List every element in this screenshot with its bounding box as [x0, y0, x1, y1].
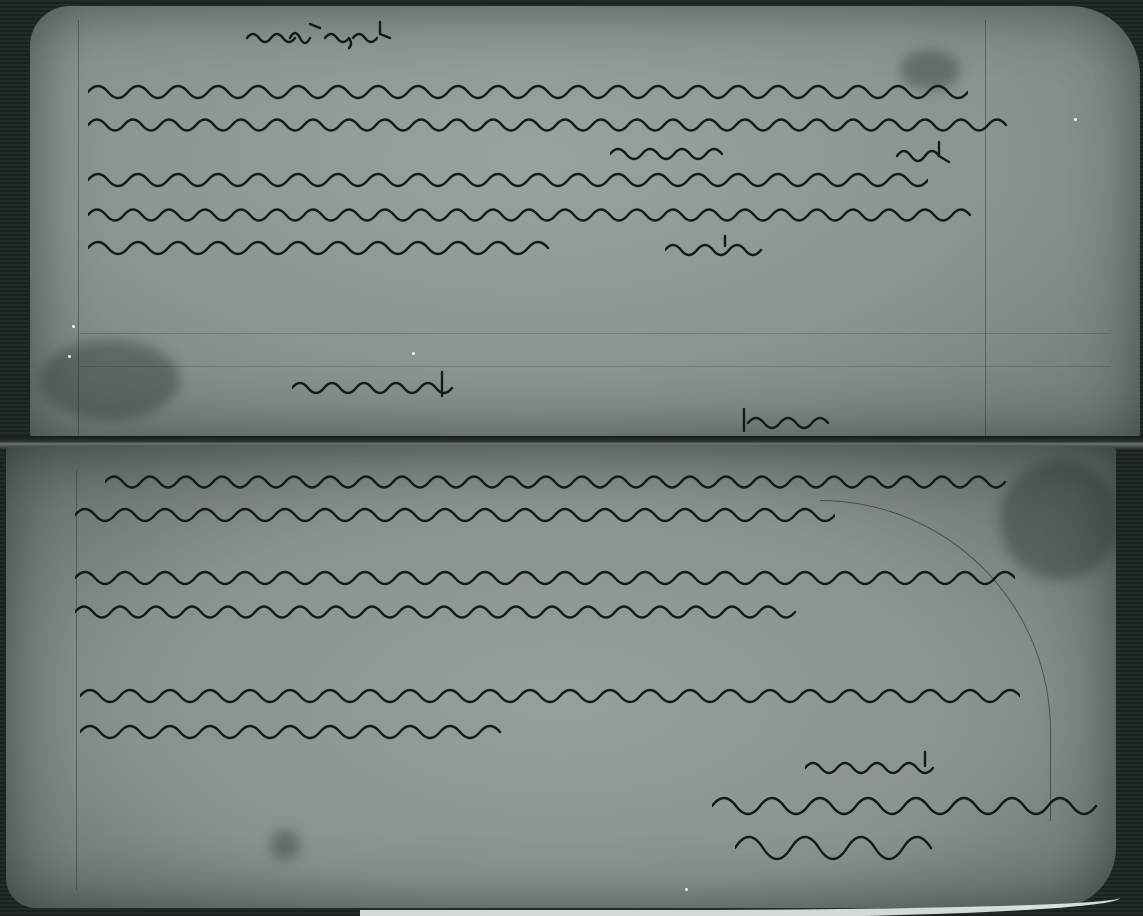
handwritten-line [75, 592, 805, 626]
speck [72, 325, 75, 328]
speck [68, 355, 71, 358]
ruled-line [80, 333, 1110, 334]
speck [1074, 118, 1077, 121]
signoff-line-1 [805, 750, 940, 780]
handwritten-closing-left [292, 368, 462, 402]
handwritten-line [105, 462, 1025, 496]
handwritten-line [88, 228, 558, 262]
signoff-line-2 [712, 778, 1112, 820]
handwritten-line [80, 676, 1020, 710]
right-margin-line [985, 20, 986, 440]
stain [40, 340, 180, 420]
speck [685, 888, 688, 891]
handwritten-line [88, 70, 968, 104]
stain [270, 830, 300, 860]
handwritten-line [88, 160, 928, 194]
handwritten-line [75, 495, 835, 529]
handwritten-line [80, 712, 510, 746]
handwritten-closing-right [742, 405, 832, 435]
speck [412, 352, 415, 355]
heading-handwriting [245, 16, 395, 50]
handwritten-line [88, 195, 978, 229]
left-margin-line [76, 470, 77, 890]
handwritten-line [75, 558, 1015, 592]
signoff-line-3 [735, 818, 940, 866]
ruled-line [80, 366, 1110, 367]
handwritten-signature [665, 232, 775, 260]
handwritten-line [88, 105, 1018, 139]
